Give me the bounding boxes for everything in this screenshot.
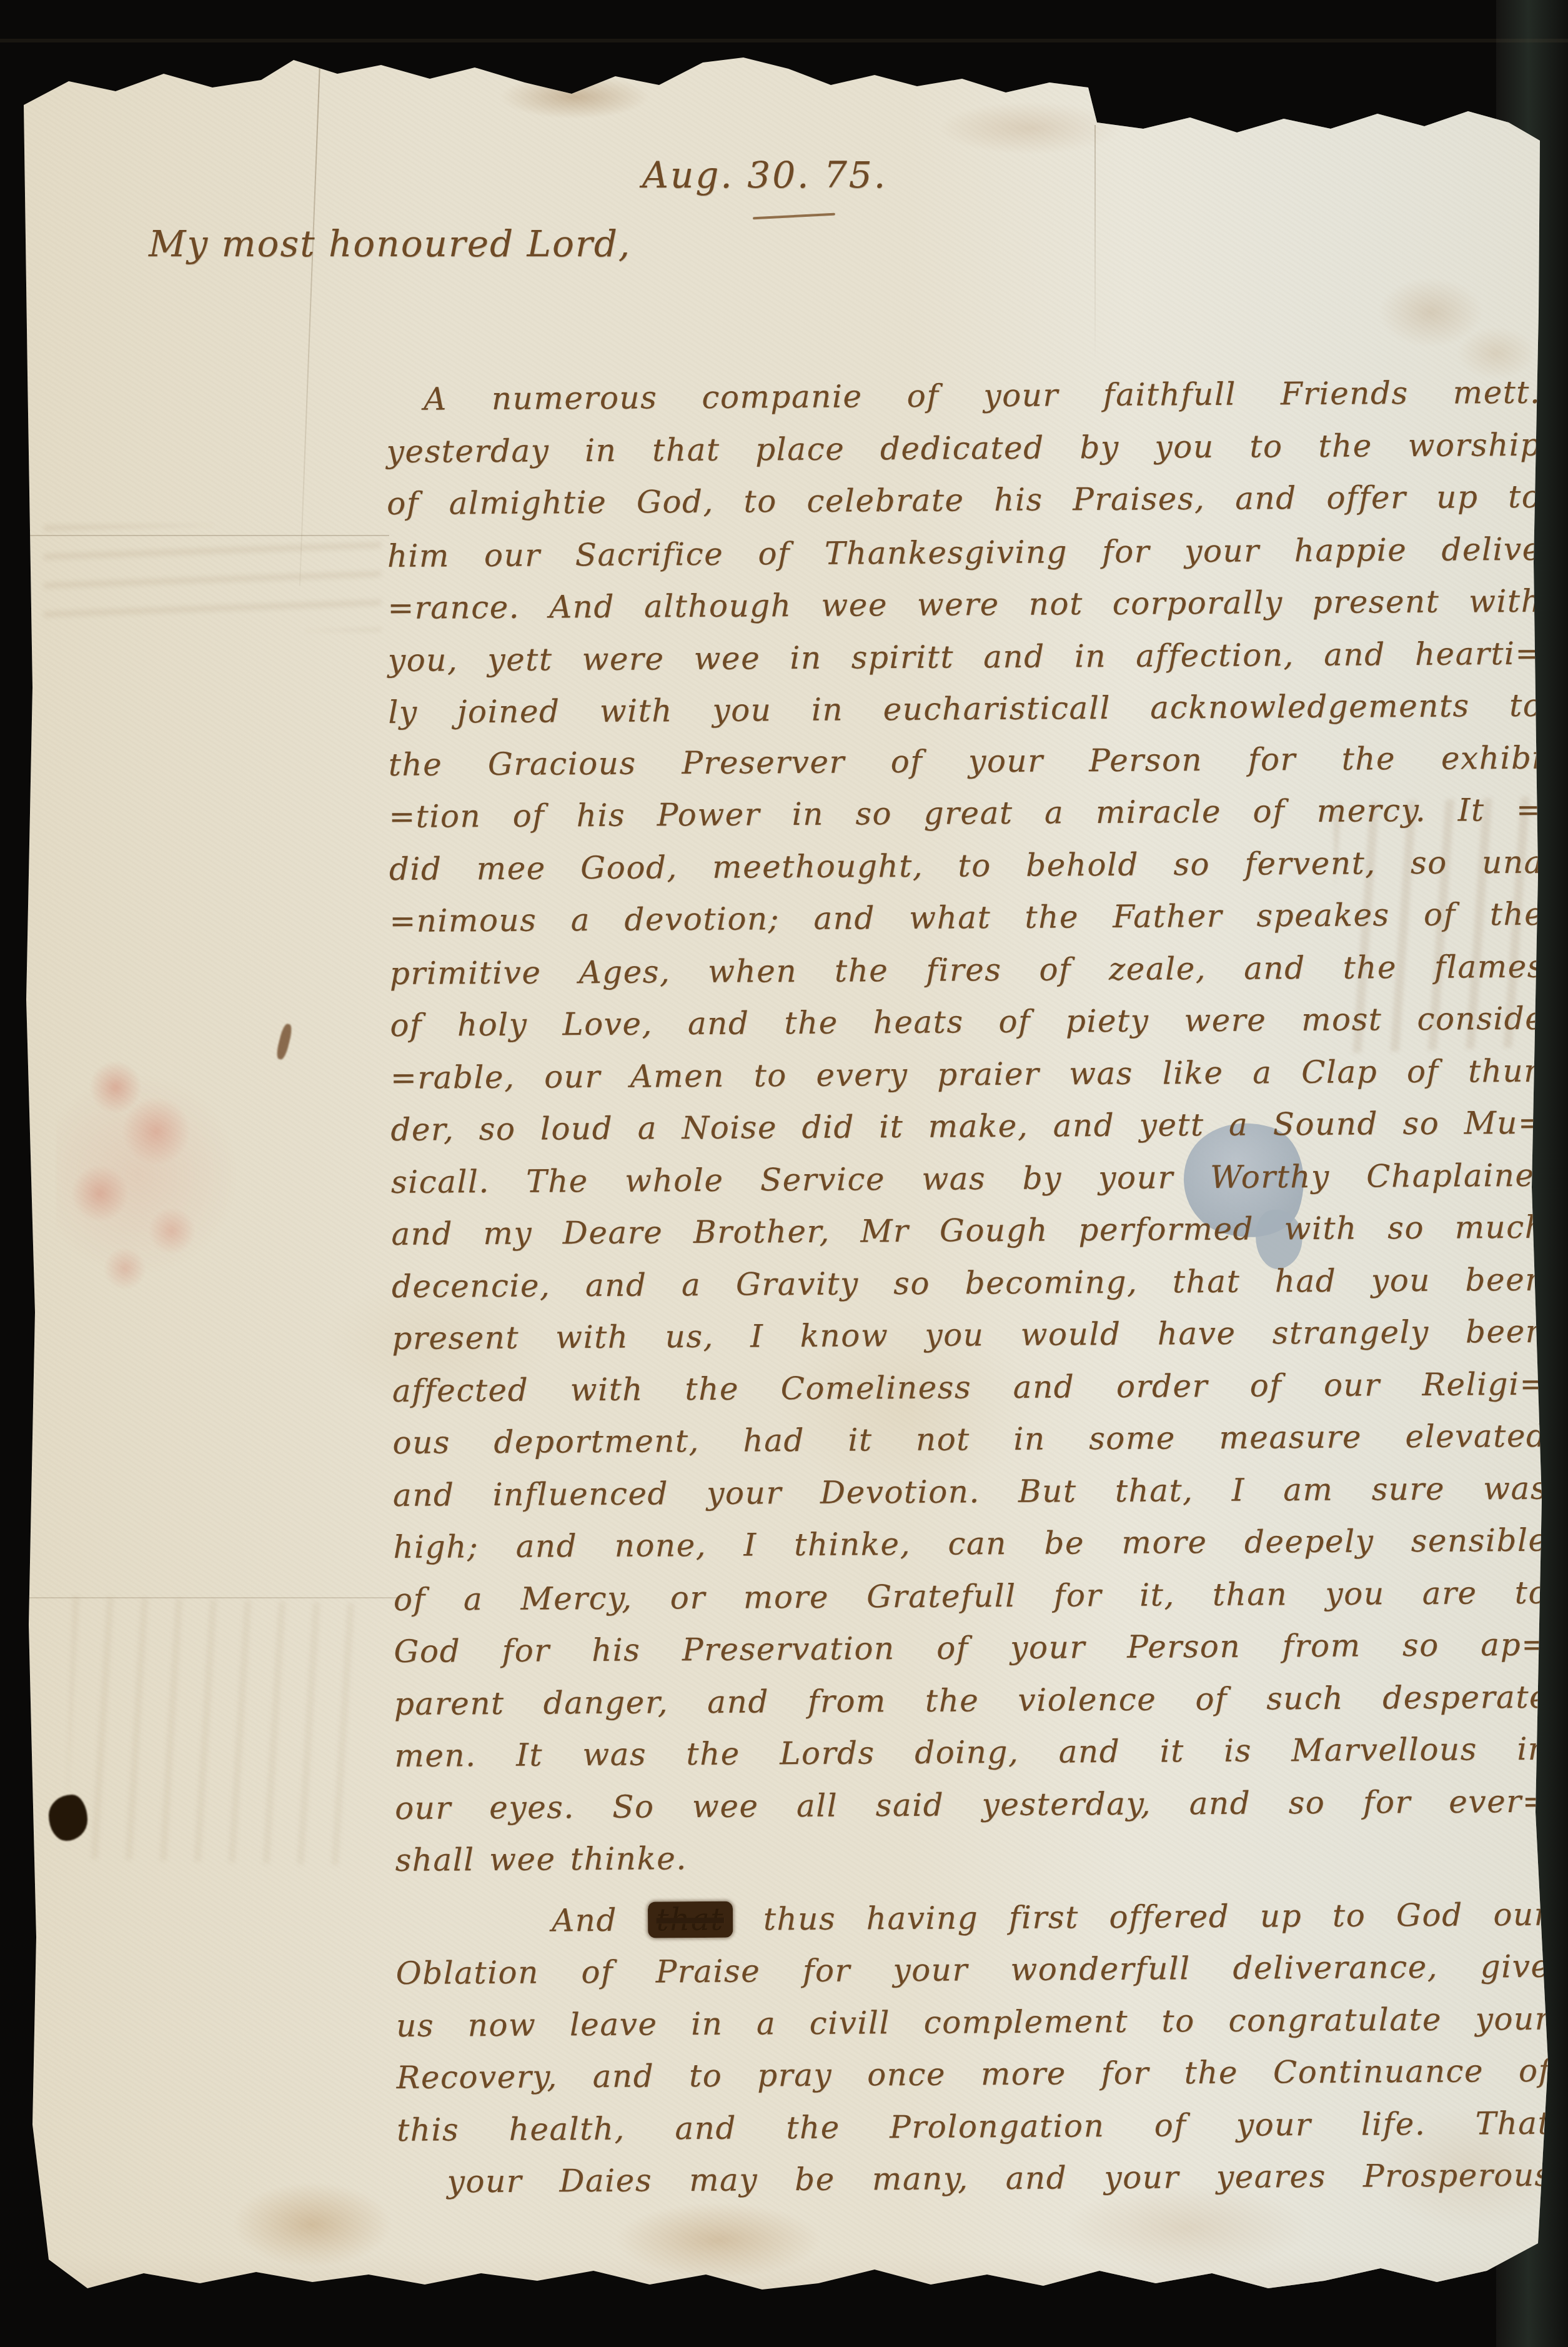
fold-crease-vertical <box>1094 125 1096 362</box>
ink-showthrough <box>44 525 381 631</box>
letter-line: your Daies may be many, and your yeares … <box>397 2150 1551 2209</box>
letter-line: of almightie God, to celebrate his Prais… <box>387 471 1541 531</box>
ink-showthrough <box>66 1596 366 1866</box>
letter-word: And <box>552 1901 617 1938</box>
letter-line: and influenced your Devotion. But that, … <box>393 1462 1547 1522</box>
struck-word: that <box>648 1901 733 1938</box>
letter-line: ly joined with you in eucharisticall ack… <box>388 680 1542 739</box>
letter-line: God for his Preservation of your Person … <box>394 1619 1548 1678</box>
letter-line: men. It was the Lords doing, and it is M… <box>394 1723 1549 1783</box>
letter-line: did mee Good, meethought, to behold so f… <box>389 836 1544 895</box>
scan-background: BL/Y/Y 101 179 Aug. 30. 75. My most hono… <box>0 0 1568 2347</box>
letter-line: shall wee thinke. <box>395 1828 1549 1887</box>
letter-line: =rance. And although wee were not corpor… <box>387 576 1542 635</box>
letter-line-fragment: thus having first offered up to God our <box>763 1896 1551 1937</box>
scan-top-shadow <box>0 39 1568 42</box>
letter-line: the Gracious Preserver of your Person fo… <box>389 732 1543 791</box>
letter-line: high; and none, I thinke, can be more de… <box>393 1515 1547 1574</box>
letter-line: us now leave in a civill complement to c… <box>396 1993 1551 2052</box>
letter-line: =nimous a devotion; and what the Father … <box>389 889 1544 948</box>
letter-line: parent danger, and from the violence of … <box>394 1671 1549 1730</box>
salutation: My most honoured Lord, <box>149 222 631 265</box>
letter-line: of a Mercy, or more Gratefull for it, th… <box>394 1567 1548 1626</box>
letter-line: sicall. The whole Service was by your Wo… <box>391 1149 1546 1208</box>
letter-line: present with us, I know you would have s… <box>392 1306 1546 1365</box>
letter-line: you, yett were wee in spiritt and in aff… <box>388 627 1542 687</box>
letter-line: affected with the Comeliness and order o… <box>392 1358 1547 1417</box>
wax-seal-residue <box>56 1037 256 1306</box>
letter-line: this health, and the Prolongation of you… <box>397 2097 1551 2156</box>
letter-line: =tion of his Power in so great a miracle… <box>389 784 1543 844</box>
letter-line: Recovery, and to pray once more for the … <box>396 2045 1551 2105</box>
folio-number: 179 <box>1446 79 1497 113</box>
pencil-shelfmark: BL/Y/Y 101 <box>1162 55 1337 102</box>
letter-line: of holy Love, and the heats of piety wer… <box>390 993 1544 1052</box>
letter-line: ous deportment, had it not in some measu… <box>392 1410 1547 1470</box>
letter-line: him our Sacrifice of Thankesgiving for y… <box>387 523 1542 582</box>
letter-line: and my Deare Brother, Mr Gough performed… <box>391 1202 1546 1261</box>
letter-line: primitive Ages, when the fires of zeale,… <box>390 940 1544 1000</box>
letter-line: decencie, and a Gravity so becoming, tha… <box>392 1253 1546 1313</box>
date-line: Aug. 30. 75. <box>642 154 887 196</box>
letter-line: yesterday in that place dedicated by you… <box>387 419 1541 478</box>
letter-line: =rable, our Amen to every praier was lik… <box>390 1045 1545 1104</box>
letter-line: der, so loud a Noise did it make, and ye… <box>390 1097 1545 1157</box>
letter-line: And that thus having first offered up to… <box>395 1888 1550 1948</box>
letter-line: A numerous companie of your faithfull Fr… <box>386 367 1541 426</box>
letter-line: our eyes. So wee all said yesterday, and… <box>395 1775 1549 1835</box>
letter-line: Oblation of Praise for your wonderfull d… <box>395 1941 1550 2000</box>
letter-body: A numerous companie of your faithfull Fr… <box>386 367 1552 2209</box>
letter-paragraph-2: And that thus having first offered up to… <box>395 1888 1552 2208</box>
ink-blot <box>49 1795 87 1841</box>
letter-paper: BL/Y/Y 101 179 Aug. 30. 75. My most hono… <box>0 0 1568 2347</box>
